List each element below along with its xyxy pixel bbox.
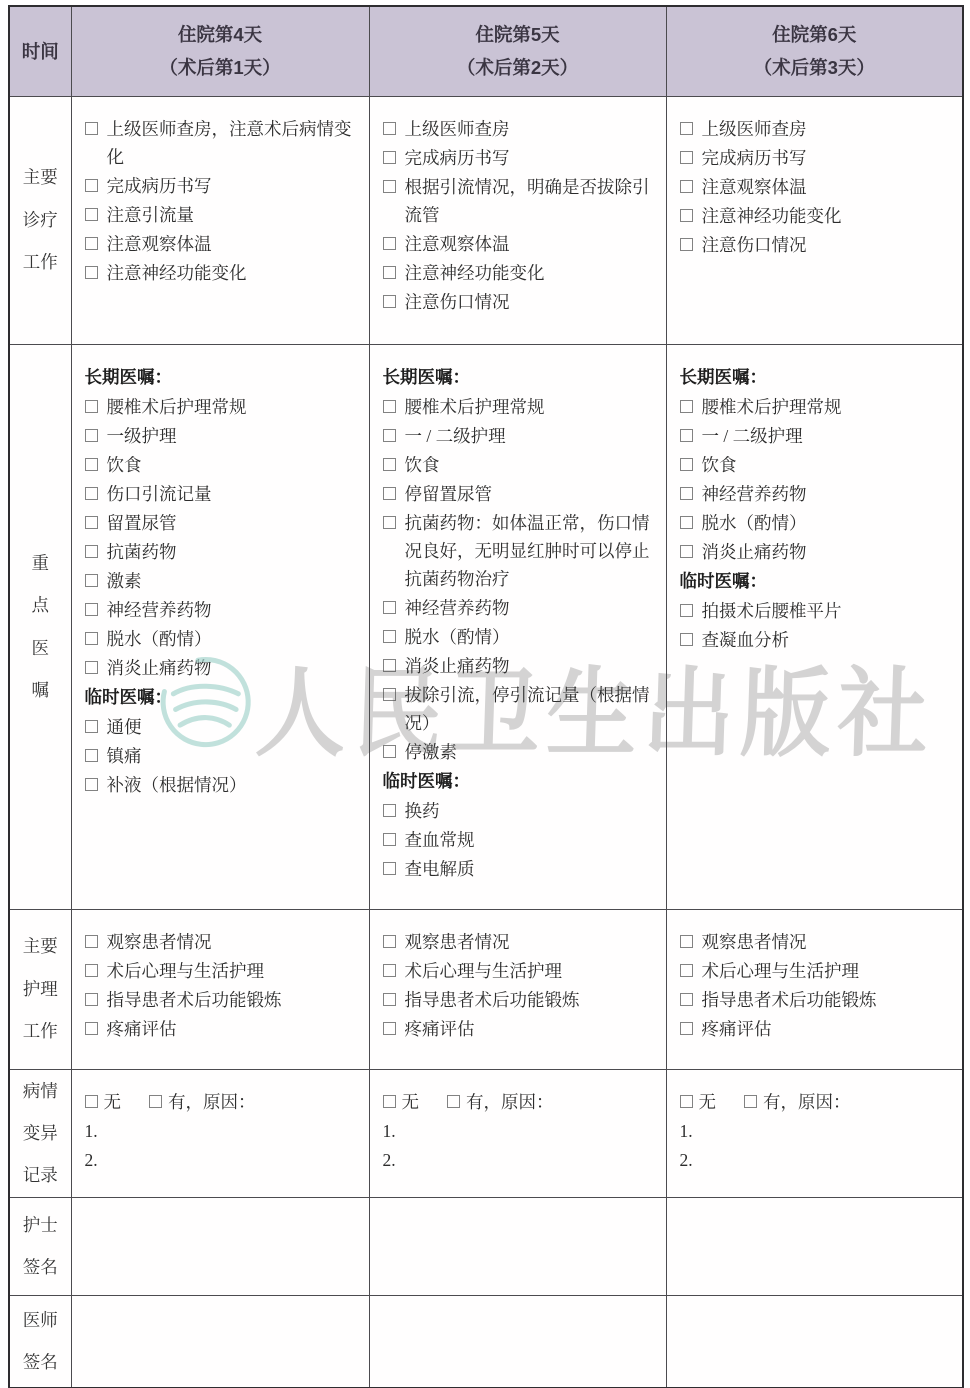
row-label-line: 嘱 xyxy=(10,669,71,711)
main-treatment-cell-day6: 上级医师查房完成病历书写注意观察体温注意神经功能变化注意伤口情况 xyxy=(666,96,963,344)
checklist-item: 镇痛 xyxy=(85,742,360,770)
checklist-item-label: 查血常规 xyxy=(405,826,475,854)
checkbox[interactable] xyxy=(85,179,98,192)
checklist-item: 饮食 xyxy=(85,451,360,479)
checklist-item-label: 指导患者术后功能锻炼 xyxy=(405,986,580,1014)
row-nurse-signature: 护士签名 xyxy=(9,1197,963,1295)
nurse-signature-cell-day6 xyxy=(666,1197,963,1295)
checkbox[interactable] xyxy=(85,487,98,500)
checklist-item: 一 / 二级护理 xyxy=(680,422,954,450)
order-section-heading: 临时医嘱： xyxy=(85,683,360,712)
checkbox[interactable] xyxy=(383,458,396,471)
checkbox[interactable] xyxy=(680,516,693,529)
clinical-pathway-page: 时间住院第4天（术后第1天）住院第5天（术后第2天）住院第6天（术后第3天）主要… xyxy=(0,0,970,1388)
checklist-item: 完成病历书写 xyxy=(383,144,657,172)
checkbox-yes[interactable] xyxy=(744,1095,757,1108)
checkbox[interactable] xyxy=(383,295,396,308)
checkbox[interactable] xyxy=(85,208,98,221)
checkbox[interactable] xyxy=(383,180,396,193)
checklist-item-label: 注意观察体温 xyxy=(405,230,510,258)
checkbox[interactable] xyxy=(680,993,693,1006)
checklist-item: 指导患者术后功能锻炼 xyxy=(680,986,954,1014)
checklist-item: 术后心理与生活护理 xyxy=(383,957,657,985)
checkbox[interactable] xyxy=(383,1022,396,1035)
checkbox[interactable] xyxy=(85,516,98,529)
row-label-line: 签名 xyxy=(10,1246,71,1288)
checklist-item-label: 神经营养药物 xyxy=(405,594,510,622)
checklist-item-label: 上级医师查房，注意术后病情变化 xyxy=(107,115,360,171)
checkbox[interactable] xyxy=(85,400,98,413)
checkbox[interactable] xyxy=(383,516,396,529)
header-cell-day5: 住院第5天（术后第2天） xyxy=(369,6,666,96)
row-label-line: 变异 xyxy=(10,1112,71,1154)
checklist-item-label: 拔除引流，停引流记量（根据情况） xyxy=(405,681,657,737)
numbered-line: 1. xyxy=(85,1117,360,1147)
row-physician-signature: 医师签名 xyxy=(9,1295,963,1388)
checklist-item-label: 完成病历书写 xyxy=(405,144,510,172)
checklist-item-label: 观察患者情况 xyxy=(702,928,807,956)
checklist-item: 抗菌药物：如体温正常，伤口情况良好，无明显红肿时可以停止抗菌药物治疗 xyxy=(383,509,657,593)
checklist-item-label: 脱水（酌情） xyxy=(405,623,510,651)
checkbox[interactable] xyxy=(680,429,693,442)
checklist-item-label: 观察患者情况 xyxy=(405,928,510,956)
checklist-item: 观察患者情况 xyxy=(85,928,360,956)
order-section-heading: 长期医嘱： xyxy=(680,363,954,392)
physician-signature-cell-day5 xyxy=(369,1295,666,1388)
checklist-item-label: 术后心理与生活护理 xyxy=(405,957,563,985)
checkbox[interactable] xyxy=(680,238,693,251)
checkbox[interactable] xyxy=(85,458,98,471)
variation-record-cell-day4: 无有，原因：1.2. xyxy=(71,1069,369,1197)
checkbox[interactable] xyxy=(85,749,98,762)
checklist-item: 上级医师查房 xyxy=(680,115,954,143)
day-title: 住院第4天 xyxy=(72,18,369,51)
checkbox[interactable] xyxy=(85,632,98,645)
row-label-line: 医师 xyxy=(10,1299,71,1341)
checkbox[interactable] xyxy=(680,633,693,646)
checklist-item-label: 饮食 xyxy=(107,451,142,479)
checklist-item-label: 注意观察体温 xyxy=(107,230,212,258)
checklist-item: 神经营养药物 xyxy=(85,596,360,624)
checklist-item-label: 拍摄术后腰椎平片 xyxy=(702,597,842,625)
row-main-treatment: 主要诊疗工作上级医师查房，注意术后病情变化完成病历书写注意引流量注意观察体温注意… xyxy=(9,96,963,344)
checklist-item: 神经营养药物 xyxy=(680,480,954,508)
variation-options-line: 无有，原因： xyxy=(680,1088,954,1116)
checkbox[interactable] xyxy=(680,964,693,977)
checkbox[interactable] xyxy=(383,151,396,164)
checkbox[interactable] xyxy=(383,862,396,875)
checklist-item-label: 完成病历书写 xyxy=(107,172,212,200)
checklist-item: 饮食 xyxy=(680,451,954,479)
checkbox[interactable] xyxy=(383,601,396,614)
checklist-item: 疼痛评估 xyxy=(680,1015,954,1043)
checklist-item-label: 换药 xyxy=(405,797,440,825)
checklist-item-label: 一级护理 xyxy=(107,422,177,450)
physician-signature-row-label: 医师签名 xyxy=(9,1295,71,1388)
numbered-line: 2. xyxy=(383,1146,657,1176)
checklist-item-label: 神经营养药物 xyxy=(702,480,807,508)
checklist-item: 腰椎术后护理常规 xyxy=(680,393,954,421)
checkbox[interactable] xyxy=(383,964,396,977)
checkbox[interactable] xyxy=(383,659,396,672)
checklist-item-label: 注意观察体温 xyxy=(702,173,807,201)
variation-record-cell-day6: 无有，原因：1.2. xyxy=(666,1069,963,1197)
checklist-item-label: 消炎止痛药物 xyxy=(107,654,212,682)
checkbox[interactable] xyxy=(383,237,396,250)
checkbox[interactable] xyxy=(85,429,98,442)
checkbox[interactable] xyxy=(383,993,396,1006)
checklist-item: 消炎止痛药物 xyxy=(680,538,954,566)
checklist-item-label: 术后心理与生活护理 xyxy=(107,957,265,985)
checklist-item-label: 脱水（酌情） xyxy=(107,625,212,653)
checklist-item-label: 饮食 xyxy=(405,451,440,479)
checklist-item: 腰椎术后护理常规 xyxy=(383,393,657,421)
checklist-item-label: 疼痛评估 xyxy=(107,1015,177,1043)
day-title: 住院第5天 xyxy=(370,18,666,51)
checklist-item: 注意神经功能变化 xyxy=(383,259,657,287)
main-treatment-cell-day4: 上级医师查房，注意术后病情变化完成病历书写注意引流量注意观察体温注意神经功能变化 xyxy=(71,96,369,344)
checkbox[interactable] xyxy=(85,993,98,1006)
checklist-item-label: 消炎止痛药物 xyxy=(405,652,510,680)
checkbox-yes[interactable] xyxy=(149,1095,162,1108)
checklist-item-label: 注意神经功能变化 xyxy=(702,202,842,230)
row-label-line: 工作 xyxy=(10,1010,71,1052)
checkbox[interactable] xyxy=(85,574,98,587)
main-nursing-row-label: 主要护理工作 xyxy=(9,909,71,1069)
checklist-item-label: 腰椎术后护理常规 xyxy=(107,393,247,421)
checklist-item: 根据引流情况，明确是否拔除引流管 xyxy=(383,173,657,229)
checklist-item: 留置尿管 xyxy=(85,509,360,537)
day-subtitle: （术后第1天） xyxy=(72,51,369,84)
row-label-line: 诊疗 xyxy=(10,199,71,241)
checkbox[interactable] xyxy=(85,1022,98,1035)
checklist-item: 换药 xyxy=(383,797,657,825)
variation-record-cell-day5: 无有，原因：1.2. xyxy=(369,1069,666,1197)
checklist-item: 抗菌药物 xyxy=(85,538,360,566)
header-cell-day6: 住院第6天（术后第3天） xyxy=(666,6,963,96)
checkbox[interactable] xyxy=(680,209,693,222)
checkbox[interactable] xyxy=(680,151,693,164)
checkbox[interactable] xyxy=(383,487,396,500)
checklist-item: 上级医师查房 xyxy=(383,115,657,143)
checklist-item: 脱水（酌情） xyxy=(85,625,360,653)
checklist-item-label: 消炎止痛药物 xyxy=(702,538,807,566)
checkbox[interactable] xyxy=(680,604,693,617)
checkbox[interactable] xyxy=(85,237,98,250)
day-subtitle: （术后第2天） xyxy=(370,51,666,84)
variation-record-row-label: 病情变异记录 xyxy=(9,1069,71,1197)
main-nursing-cell-day5: 观察患者情况术后心理与生活护理指导患者术后功能锻炼疼痛评估 xyxy=(369,909,666,1069)
checklist-item: 术后心理与生活护理 xyxy=(680,957,954,985)
checklist-item-label: 上级医师查房 xyxy=(702,115,807,143)
checkbox[interactable] xyxy=(85,720,98,733)
main-treatment-row-label: 主要诊疗工作 xyxy=(9,96,71,344)
row-label-line: 医 xyxy=(10,627,71,669)
physician-signature-cell-day4 xyxy=(71,1295,369,1388)
nurse-signature-cell-day4 xyxy=(71,1197,369,1295)
checklist-item: 停留置尿管 xyxy=(383,480,657,508)
checkbox[interactable] xyxy=(680,180,693,193)
checkbox[interactable] xyxy=(383,935,396,948)
checkbox-none[interactable] xyxy=(85,1095,98,1108)
checklist-item-label: 抗菌药物 xyxy=(107,538,177,566)
clinical-pathway-table: 时间住院第4天（术后第1天）住院第5天（术后第2天）住院第6天（术后第3天）主要… xyxy=(8,5,964,1388)
checklist-item-label: 饮食 xyxy=(702,451,737,479)
checklist-item: 一 / 二级护理 xyxy=(383,422,657,450)
checklist-item-label: 注意伤口情况 xyxy=(702,231,807,259)
row-label-line: 重 xyxy=(10,542,71,584)
header-row: 时间住院第4天（术后第1天）住院第5天（术后第2天）住院第6天（术后第3天） xyxy=(9,6,963,96)
checklist-item: 注意观察体温 xyxy=(680,173,954,201)
numbered-line: 2. xyxy=(680,1146,954,1176)
checkbox[interactable] xyxy=(383,804,396,817)
checklist-item-label: 停激素 xyxy=(405,738,458,766)
checklist-item-label: 一 / 二级护理 xyxy=(405,422,506,450)
key-orders-cell-day6: 长期医嘱：腰椎术后护理常规一 / 二级护理饮食神经营养药物脱水（酌情）消炎止痛药… xyxy=(666,344,963,909)
checklist-item: 观察患者情况 xyxy=(383,928,657,956)
row-label-line: 护理 xyxy=(10,968,71,1010)
checklist-item: 停激素 xyxy=(383,738,657,766)
checklist-item: 注意伤口情况 xyxy=(383,288,657,316)
option-none-label: 无 xyxy=(104,1088,122,1116)
checklist-item: 指导患者术后功能锻炼 xyxy=(383,986,657,1014)
checkbox[interactable] xyxy=(680,935,693,948)
checklist-item-label: 注意伤口情况 xyxy=(405,288,510,316)
checklist-item-label: 查电解质 xyxy=(405,855,475,883)
checklist-item-label: 停留置尿管 xyxy=(405,480,493,508)
checklist-item: 疼痛评估 xyxy=(383,1015,657,1043)
checklist-item: 消炎止痛药物 xyxy=(85,654,360,682)
checklist-item-label: 通便 xyxy=(107,713,142,741)
checkbox[interactable] xyxy=(383,400,396,413)
order-section-heading: 临时医嘱： xyxy=(680,567,954,596)
checklist-item-label: 抗菌药物：如体温正常，伤口情况良好，无明显红肿时可以停止抗菌药物治疗 xyxy=(405,509,657,593)
checklist-item-label: 镇痛 xyxy=(107,742,142,770)
row-label-line: 签名 xyxy=(10,1341,71,1383)
option-yes-label: 有，原因： xyxy=(763,1088,851,1116)
checklist-item: 消炎止痛药物 xyxy=(383,652,657,680)
order-section-heading: 长期医嘱： xyxy=(85,363,360,392)
checkbox[interactable] xyxy=(680,122,693,135)
checkbox[interactable] xyxy=(85,266,98,279)
checklist-item-label: 留置尿管 xyxy=(107,509,177,537)
checkbox[interactable] xyxy=(680,1022,693,1035)
checkbox[interactable] xyxy=(85,661,98,674)
checklist-item: 一级护理 xyxy=(85,422,360,450)
checkbox[interactable] xyxy=(383,745,396,758)
checklist-item: 注意观察体温 xyxy=(383,230,657,258)
checklist-item-label: 指导患者术后功能锻炼 xyxy=(107,986,282,1014)
checklist-item: 激素 xyxy=(85,567,360,595)
checklist-item: 拍摄术后腰椎平片 xyxy=(680,597,954,625)
checklist-item: 脱水（酌情） xyxy=(680,509,954,537)
key-orders-row-label: 重点医嘱 xyxy=(9,344,71,909)
checklist-item: 神经营养药物 xyxy=(383,594,657,622)
main-nursing-cell-day4: 观察患者情况术后心理与生活护理指导患者术后功能锻炼疼痛评估 xyxy=(71,909,369,1069)
row-main-nursing: 主要护理工作观察患者情况术后心理与生活护理指导患者术后功能锻炼疼痛评估观察患者情… xyxy=(9,909,963,1069)
checklist-item: 饮食 xyxy=(383,451,657,479)
checklist-item-label: 术后心理与生活护理 xyxy=(702,957,860,985)
checklist-item: 通便 xyxy=(85,713,360,741)
checklist-item: 查血常规 xyxy=(383,826,657,854)
checklist-item-label: 腰椎术后护理常规 xyxy=(405,393,545,421)
option-none-label: 无 xyxy=(699,1088,717,1116)
checklist-item: 查电解质 xyxy=(383,855,657,883)
checklist-item: 术后心理与生活护理 xyxy=(85,957,360,985)
row-key-orders: 重点医嘱长期医嘱：腰椎术后护理常规一级护理饮食伤口引流记量留置尿管抗菌药物激素神… xyxy=(9,344,963,909)
checklist-item: 拔除引流，停引流记量（根据情况） xyxy=(383,681,657,737)
row-variation-record: 病情变异记录无有，原因：1.2.无有，原因：1.2.无有，原因：1.2. xyxy=(9,1069,963,1197)
main-nursing-cell-day6: 观察患者情况术后心理与生活护理指导患者术后功能锻炼疼痛评估 xyxy=(666,909,963,1069)
checklist-item-label: 一 / 二级护理 xyxy=(702,422,803,450)
row-label-line: 护士 xyxy=(10,1204,71,1246)
checkbox[interactable] xyxy=(383,429,396,442)
checkbox-none[interactable] xyxy=(680,1095,693,1108)
key-orders-cell-day5: 长期医嘱：腰椎术后护理常规一 / 二级护理饮食停留置尿管抗菌药物：如体温正常，伤… xyxy=(369,344,666,909)
row-label-line: 记录 xyxy=(10,1154,71,1196)
checklist-item: 腰椎术后护理常规 xyxy=(85,393,360,421)
checklist-item-label: 疼痛评估 xyxy=(702,1015,772,1043)
option-yes-label: 有，原因： xyxy=(466,1088,554,1116)
checklist-item-label: 上级医师查房 xyxy=(405,115,510,143)
checkbox[interactable] xyxy=(680,400,693,413)
checklist-item-label: 指导患者术后功能锻炼 xyxy=(702,986,877,1014)
checklist-item: 注意伤口情况 xyxy=(680,231,954,259)
checklist-item-label: 脱水（酌情） xyxy=(702,509,807,537)
checkbox[interactable] xyxy=(383,630,396,643)
checkbox[interactable] xyxy=(85,545,98,558)
option-yes-label: 有，原因： xyxy=(168,1088,256,1116)
checklist-item: 观察患者情况 xyxy=(680,928,954,956)
checklist-item-label: 注意神经功能变化 xyxy=(107,259,247,287)
checkbox-none[interactable] xyxy=(383,1095,396,1108)
row-label-line: 工作 xyxy=(10,241,71,283)
day-title: 住院第6天 xyxy=(667,18,963,51)
checklist-item-label: 观察患者情况 xyxy=(107,928,212,956)
checklist-item: 脱水（酌情） xyxy=(383,623,657,651)
checkbox[interactable] xyxy=(85,122,98,135)
checkbox[interactable] xyxy=(85,964,98,977)
row-label-line: 病情 xyxy=(10,1070,71,1112)
checklist-item: 完成病历书写 xyxy=(680,144,954,172)
order-section-heading: 长期医嘱： xyxy=(383,363,657,392)
variation-options-line: 无有，原因： xyxy=(85,1088,360,1116)
checklist-item: 注意引流量 xyxy=(85,201,360,229)
checklist-item-label: 注意引流量 xyxy=(107,201,195,229)
checklist-item-label: 完成病历书写 xyxy=(702,144,807,172)
checklist-item-label: 激素 xyxy=(107,567,142,595)
option-none-label: 无 xyxy=(402,1088,420,1116)
checkbox[interactable] xyxy=(680,458,693,471)
checklist-item-label: 补液（根据情况） xyxy=(107,771,247,799)
header-cell-time: 时间 xyxy=(9,6,71,96)
order-section-heading: 临时医嘱： xyxy=(383,767,657,796)
checkbox[interactable] xyxy=(383,688,396,701)
checkbox[interactable] xyxy=(383,266,396,279)
checklist-item-label: 疼痛评估 xyxy=(405,1015,475,1043)
checklist-item-label: 根据引流情况，明确是否拔除引流管 xyxy=(405,173,657,229)
checkbox[interactable] xyxy=(85,935,98,948)
checklist-item: 完成病历书写 xyxy=(85,172,360,200)
checklist-item: 指导患者术后功能锻炼 xyxy=(85,986,360,1014)
key-orders-cell-day4: 长期医嘱：腰椎术后护理常规一级护理饮食伤口引流记量留置尿管抗菌药物激素神经营养药… xyxy=(71,344,369,909)
checklist-item: 注意观察体温 xyxy=(85,230,360,258)
checkbox[interactable] xyxy=(383,122,396,135)
checkbox[interactable] xyxy=(680,487,693,500)
row-label-line: 点 xyxy=(10,584,71,626)
checkbox[interactable] xyxy=(680,545,693,558)
checklist-item-label: 注意神经功能变化 xyxy=(405,259,545,287)
row-label-line: 主要 xyxy=(10,925,71,967)
nurse-signature-cell-day5 xyxy=(369,1197,666,1295)
checkbox-yes[interactable] xyxy=(447,1095,460,1108)
row-label-line: 主要 xyxy=(10,156,71,198)
checklist-item: 补液（根据情况） xyxy=(85,771,360,799)
numbered-line: 2. xyxy=(85,1146,360,1176)
checkbox[interactable] xyxy=(85,778,98,791)
checklist-item: 注意神经功能变化 xyxy=(680,202,954,230)
checkbox[interactable] xyxy=(85,603,98,616)
checklist-item: 伤口引流记量 xyxy=(85,480,360,508)
numbered-line: 1. xyxy=(680,1117,954,1147)
numbered-line: 1. xyxy=(383,1117,657,1147)
checklist-item-label: 腰椎术后护理常规 xyxy=(702,393,842,421)
header-cell-day4: 住院第4天（术后第1天） xyxy=(71,6,369,96)
checklist-item-label: 查凝血分析 xyxy=(702,626,790,654)
day-subtitle: （术后第3天） xyxy=(667,51,963,84)
checkbox[interactable] xyxy=(383,833,396,846)
checklist-item-label: 伤口引流记量 xyxy=(107,480,212,508)
main-treatment-cell-day5: 上级医师查房完成病历书写根据引流情况，明确是否拔除引流管注意观察体温注意神经功能… xyxy=(369,96,666,344)
checklist-item: 注意神经功能变化 xyxy=(85,259,360,287)
checklist-item: 查凝血分析 xyxy=(680,626,954,654)
time-header-label: 时间 xyxy=(10,35,71,68)
checklist-item: 疼痛评估 xyxy=(85,1015,360,1043)
variation-options-line: 无有，原因： xyxy=(383,1088,657,1116)
checklist-item: 上级医师查房，注意术后病情变化 xyxy=(85,115,360,171)
checklist-item-label: 神经营养药物 xyxy=(107,596,212,624)
physician-signature-cell-day6 xyxy=(666,1295,963,1388)
nurse-signature-row-label: 护士签名 xyxy=(9,1197,71,1295)
